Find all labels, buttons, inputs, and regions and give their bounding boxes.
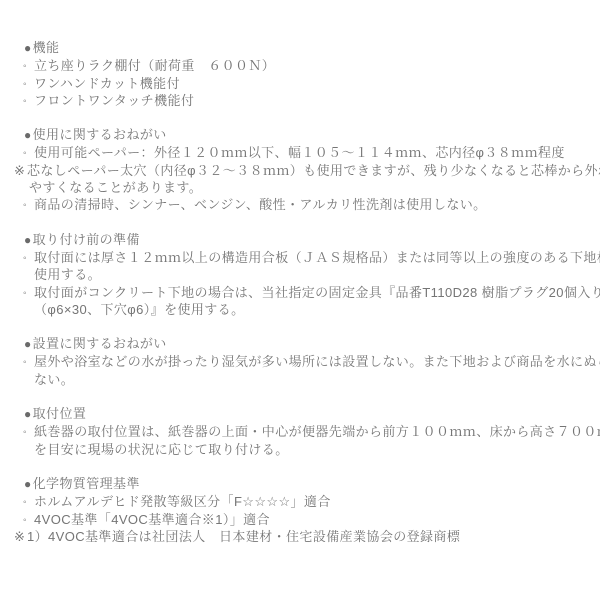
spec-line: ◦取付面がコンクリート下地の場合は、当社指定の固定金具『品番T110D28 樹脂… bbox=[0, 284, 600, 301]
line-text: 1）4VOC基準適合は社団法人 日本建材・住宅設備産業協会の登録商標 bbox=[27, 529, 460, 544]
spec-line: ◦フロントワンタッチ機能付 bbox=[0, 92, 600, 109]
section-title-text: 取り付け前の準備 bbox=[33, 232, 140, 247]
section-title-text: 設置に関するおねがい bbox=[33, 336, 167, 351]
list-bullet-icon: ◦ bbox=[23, 93, 27, 110]
line-text: フロントワンタッチ機能付 bbox=[34, 93, 194, 108]
section-title-text: 機能 bbox=[33, 40, 60, 55]
section-bullet-icon: ● bbox=[24, 128, 32, 142]
line-text: 屋外や浴室などの水が掛ったり湿気が多い場所には設置しない。また下地および商品を水… bbox=[34, 354, 600, 369]
section-title: ●取り付け前の準備 bbox=[0, 231, 600, 249]
spec-line: ◦ワンハンドカット機能付 bbox=[0, 75, 600, 92]
section-bullet-icon: ● bbox=[24, 337, 32, 351]
line-text: やすくなることがあります。 bbox=[29, 180, 202, 195]
section-bullet-icon: ● bbox=[24, 41, 32, 55]
spec-section: ●設置に関するおねがい◦屋外や浴室などの水が掛ったり湿気が多い場所には設置しない… bbox=[0, 335, 600, 388]
continuation-line: 使用する。 bbox=[0, 266, 600, 283]
line-text: 芯なしペーパー太穴（内径φ３２～３８ｍｍ）も使用できますが、残り少なくなると芯棒… bbox=[27, 163, 600, 178]
list-bullet-icon: ◦ bbox=[23, 58, 27, 75]
line-text: ホルムアルデヒド発散等級区分「F☆☆☆☆」適合 bbox=[34, 494, 331, 509]
line-text: ない。 bbox=[34, 372, 74, 387]
spec-line: ◦商品の清掃時、シンナー、ベンジン、酸性・アルカリ性洗剤は使用しない。 bbox=[0, 196, 600, 213]
note-line: ※1）4VOC基準適合は社団法人 日本建材・住宅設備産業協会の登録商標 bbox=[0, 528, 600, 545]
spec-section: ●使用に関するおねがい◦使用可能ペーパー：外径１２０ｍｍ以下、幅１０５～１１４ｍ… bbox=[0, 126, 600, 213]
line-text: 4VOC基準「4VOC基準適合※1）」適合 bbox=[34, 512, 270, 527]
spec-document: ●機能◦立ち座りラク棚付（耐荷重 ６００Ｎ）◦ワンハンドカット機能付◦フロントワ… bbox=[0, 39, 600, 562]
list-bullet-icon: ◦ bbox=[23, 354, 27, 371]
line-text: 取付面がコンクリート下地の場合は、当社指定の固定金具『品番T110D28 樹脂プ… bbox=[34, 285, 600, 300]
list-bullet-icon: ◦ bbox=[23, 424, 27, 441]
spec-line: ◦立ち座りラク棚付（耐荷重 ６００Ｎ） bbox=[0, 57, 600, 74]
spec-line: ◦屋外や浴室などの水が掛ったり湿気が多い場所には設置しない。また下地および商品を… bbox=[0, 353, 600, 370]
spec-line: ◦4VOC基準「4VOC基準適合※1）」適合 bbox=[0, 511, 600, 528]
line-text: 使用する。 bbox=[34, 267, 101, 282]
section-title: ●化学物質管理基準 bbox=[0, 475, 600, 493]
list-bullet-icon: ◦ bbox=[23, 494, 27, 511]
product-spec-page: ●機能◦立ち座りラク棚付（耐荷重 ６００Ｎ）◦ワンハンドカット機能付◦フロントワ… bbox=[0, 0, 600, 600]
spec-section: ●機能◦立ち座りラク棚付（耐荷重 ６００Ｎ）◦ワンハンドカット機能付◦フロントワ… bbox=[0, 39, 600, 109]
spec-section: ●取付位置◦紙巻器の取付位置は、紙巻器の上面・中心が便器先端から前方１００ｍｍ、… bbox=[0, 405, 600, 458]
line-text: 紙巻器の取付位置は、紙巻器の上面・中心が便器先端から前方１００ｍｍ、床から高さ７… bbox=[34, 424, 600, 439]
section-bullet-icon: ● bbox=[24, 407, 32, 421]
line-text: を目安に現場の状況に応じて取り付ける。 bbox=[34, 442, 289, 457]
spec-section: ●取り付け前の準備◦取付面には厚さ１２ｍｍ以上の構造用合板（ＪＡＳ規格品）または… bbox=[0, 231, 600, 318]
note-asterisk-icon: ※ bbox=[14, 162, 25, 179]
line-text: ワンハンドカット機能付 bbox=[34, 76, 180, 91]
list-bullet-icon: ◦ bbox=[23, 250, 27, 267]
line-text: 使用可能ペーパー：外径１２０ｍｍ以下、幅１０５～１１４ｍｍ、芯内径φ３８ｍｍ程度 bbox=[34, 145, 565, 160]
line-text: 取付面には厚さ１２ｍｍ以上の構造用合板（ＪＡＳ規格品）または同等以上の強度のある… bbox=[34, 250, 600, 265]
continuation-line: ない。 bbox=[0, 371, 600, 388]
spec-line: ◦使用可能ペーパー：外径１２０ｍｍ以下、幅１０５～１１４ｍｍ、芯内径φ３８ｍｍ程… bbox=[0, 144, 600, 161]
section-title: ●使用に関するおねがい bbox=[0, 126, 600, 144]
line-text: （φ6×30、下穴φ6）』を使用する。 bbox=[34, 302, 244, 317]
section-bullet-icon: ● bbox=[24, 233, 32, 247]
list-bullet-icon: ◦ bbox=[23, 197, 27, 214]
section-title-text: 化学物質管理基準 bbox=[33, 476, 140, 491]
continuation-line: （φ6×30、下穴φ6）』を使用する。 bbox=[0, 301, 600, 318]
list-bullet-icon: ◦ bbox=[23, 512, 27, 529]
list-bullet-icon: ◦ bbox=[23, 76, 27, 93]
list-bullet-icon: ◦ bbox=[23, 285, 27, 302]
continuation-line: を目安に現場の状況に応じて取り付ける。 bbox=[0, 441, 600, 458]
note-line: ※芯なしペーパー太穴（内径φ３２～３８ｍｍ）も使用できますが、残り少なくなると芯… bbox=[0, 162, 600, 179]
continuation-line: やすくなることがあります。 bbox=[0, 179, 600, 196]
line-text: 商品の清掃時、シンナー、ベンジン、酸性・アルカリ性洗剤は使用しない。 bbox=[34, 197, 487, 212]
spec-section: ●化学物質管理基準◦ホルムアルデヒド発散等級区分「F☆☆☆☆」適合◦4VOC基準… bbox=[0, 475, 600, 545]
section-title: ●機能 bbox=[0, 39, 600, 57]
list-bullet-icon: ◦ bbox=[23, 145, 27, 162]
spec-line: ◦取付面には厚さ１２ｍｍ以上の構造用合板（ＪＡＳ規格品）または同等以上の強度のあ… bbox=[0, 249, 600, 266]
section-title: ●取付位置 bbox=[0, 405, 600, 423]
spec-line: ◦紙巻器の取付位置は、紙巻器の上面・中心が便器先端から前方１００ｍｍ、床から高さ… bbox=[0, 423, 600, 440]
section-title-text: 取付位置 bbox=[33, 406, 87, 421]
section-bullet-icon: ● bbox=[24, 477, 32, 491]
section-title: ●設置に関するおねがい bbox=[0, 335, 600, 353]
line-text: 立ち座りラク棚付（耐荷重 ６００Ｎ） bbox=[34, 58, 275, 73]
note-asterisk-icon: ※ bbox=[14, 528, 25, 545]
spec-line: ◦ホルムアルデヒド発散等級区分「F☆☆☆☆」適合 bbox=[0, 493, 600, 510]
section-title-text: 使用に関するおねがい bbox=[33, 127, 167, 142]
